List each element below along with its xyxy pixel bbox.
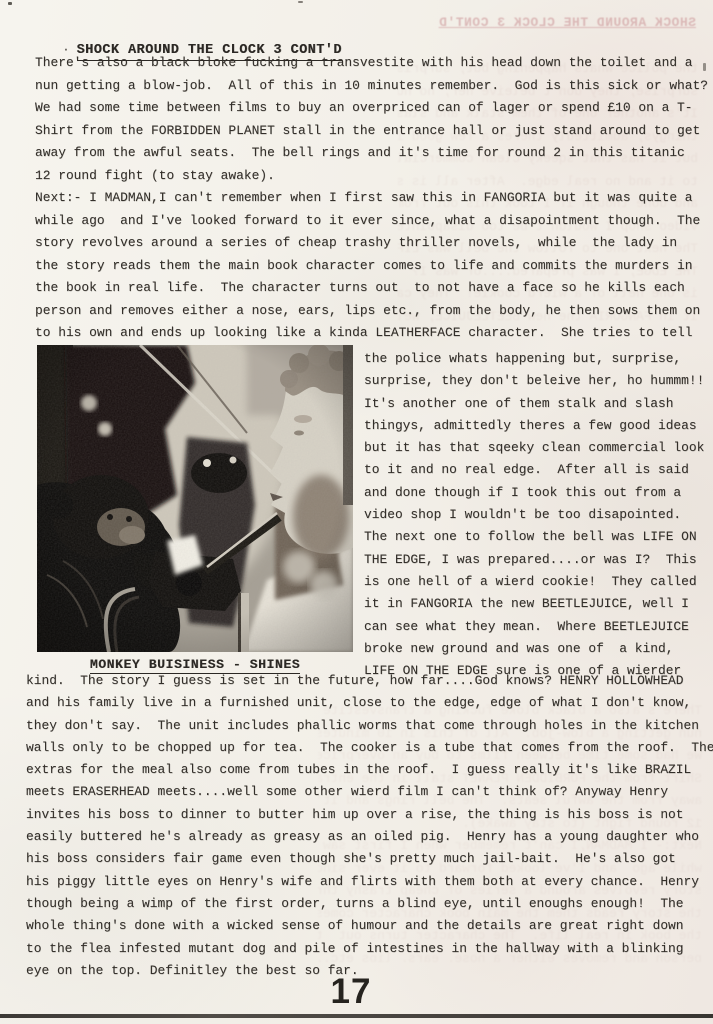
bleedthrough-title: SHOCK AROUND THE CLOCK 3 CONT'D xyxy=(424,15,696,30)
text-line: his boss considers fair game even though… xyxy=(26,848,713,870)
text-line: extras for the meal also come from tubes… xyxy=(26,759,713,781)
text-line: the police whats happening but, surprise… xyxy=(364,348,704,370)
scan-speck xyxy=(298,1,303,3)
text-line: meets ERASERHEAD meets....well some othe… xyxy=(26,781,713,803)
text-line: they don't say. The unit includes phalli… xyxy=(26,715,713,737)
text-line: Next:- I MADMAN,I can't remember when I … xyxy=(35,187,708,210)
article-bottom-paragraph: kind. The story I guess is set in the fu… xyxy=(26,670,713,982)
text-line: video shop I wouldn't be too disapointed… xyxy=(364,504,704,526)
scan-speck xyxy=(703,63,706,71)
text-line: his piggy little eyes on Henry's wife an… xyxy=(26,871,713,893)
text-line: it in FANGORIA the new BEETLEJUICE, well… xyxy=(364,593,704,615)
text-line: The next one to follow the bell was LIFE… xyxy=(364,526,704,548)
text-line: It's another one of them stalk and slash xyxy=(364,393,704,415)
text-line: to the flea infested mutant dog and pile… xyxy=(26,938,713,960)
text-line: walls only to be chopped up for tea. The… xyxy=(26,737,713,759)
text-line: the story reads them the main book chara… xyxy=(35,255,708,278)
text-line: away from the awful seats. The bell ring… xyxy=(35,142,708,165)
text-line: is one hell of a wierd cookie! They call… xyxy=(364,571,704,593)
text-line: while ago and I've looked forward to it … xyxy=(35,210,708,233)
text-line: We had some time between films to buy an… xyxy=(35,97,708,120)
text-line: broke new ground and was one of a kind, xyxy=(364,638,704,660)
scan-speck xyxy=(8,2,12,5)
text-line: whole thing's done with a wicked sense o… xyxy=(26,915,713,937)
monkey-business-photo xyxy=(37,345,353,652)
text-line: to it and no real edge. After all is sai… xyxy=(364,459,704,481)
text-line: person and removes either a nose, ears, … xyxy=(35,300,708,323)
photo-caption: MONKEY BUISINESS - SHINES xyxy=(37,655,353,673)
article-intro-paragraph: There's also a black bloke fucking a tra… xyxy=(35,52,708,345)
text-line: though being a wimp of the first order, … xyxy=(26,893,713,915)
text-line: to his own and ends up looking like a ki… xyxy=(35,322,708,345)
text-line: the book in real life. The character tur… xyxy=(35,277,708,300)
text-line: Shirt from the FORBIDDEN PLANET stall in… xyxy=(35,120,708,143)
text-line: THE EDGE, I was prepared....or was I? Th… xyxy=(364,549,704,571)
text-line: There's also a black bloke fucking a tra… xyxy=(35,52,708,75)
photo-caption-text: MONKEY BUISINESS - SHINES xyxy=(90,657,300,674)
scan-edge-line xyxy=(0,1014,713,1018)
page-number: 17 xyxy=(296,972,406,1012)
text-line: can see what they mean. Where BEETLEJUIC… xyxy=(364,616,704,638)
zine-page: SHOCK AROUND THE CLOCK 3 CONT'D the poli… xyxy=(0,0,713,1024)
text-line: thingys, admittedly theres a few good id… xyxy=(364,415,704,437)
text-line: story revolves around a series of cheap … xyxy=(35,232,708,255)
article-right-column: the police whats happening but, surprise… xyxy=(364,348,704,682)
text-line: and his family live in a furnished unit,… xyxy=(26,692,713,714)
text-line: and done though if I took this out from … xyxy=(364,482,704,504)
text-line: nun getting a blow-job. All of this in 1… xyxy=(35,75,708,98)
text-line: but it has that sqeeky clean commercial … xyxy=(364,437,704,459)
photo-illustration xyxy=(37,345,353,652)
text-line: 12 round fight (to stay awake). xyxy=(35,165,708,188)
text-line: easily buttered he's already as greasy a… xyxy=(26,826,713,848)
text-line: surprise, they don't beleive her, ho hum… xyxy=(364,370,704,392)
text-line: invites his boss to dinner to butter him… xyxy=(26,804,713,826)
